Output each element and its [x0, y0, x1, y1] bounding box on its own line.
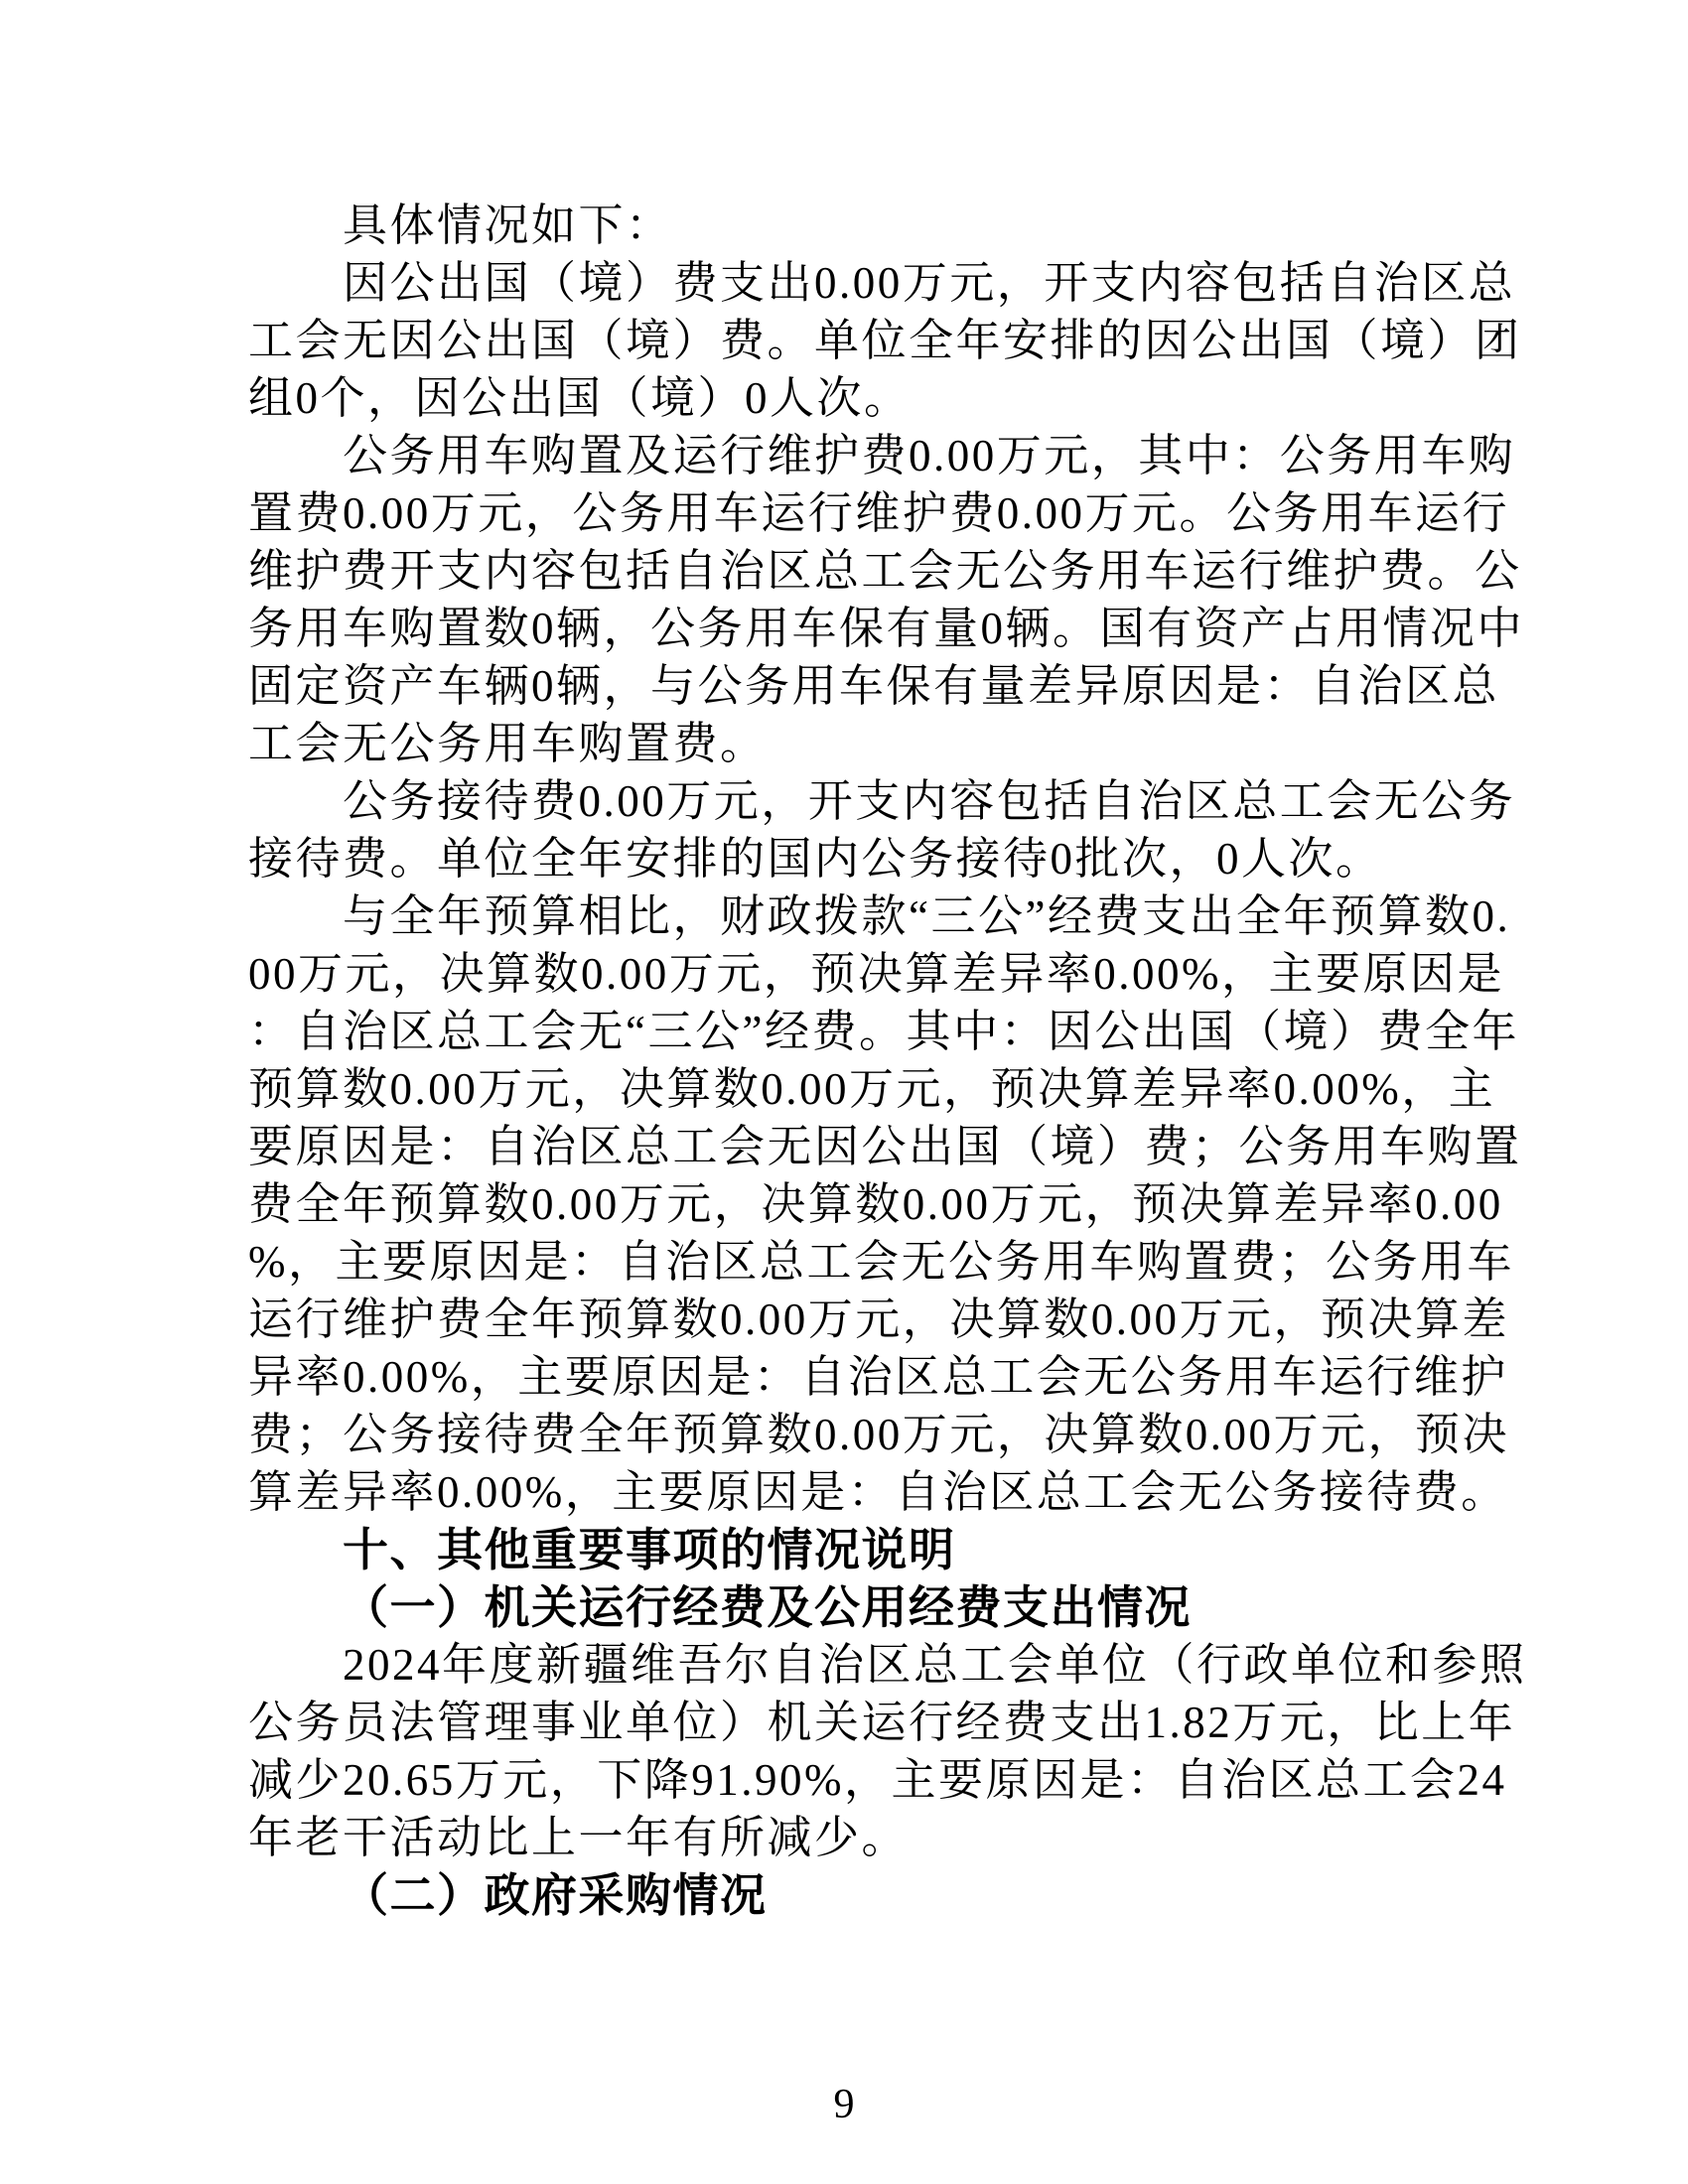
text-line: 预算数0.00万元，决算数0.00万元，预决算差异率0.00%，主: [248, 1060, 1539, 1118]
text-line: 2024年度新疆维吾尔自治区总工会单位（行政单位和参照: [248, 1636, 1539, 1694]
text-line: 年老干活动比上一年有所减少。: [248, 1809, 1539, 1866]
text-line: 因公出国（境）费支出0.00万元，开支内容包括自治区总: [248, 254, 1539, 312]
text-line: 异率0.00%，主要原因是：自治区总工会无公务用车运行维护: [248, 1348, 1539, 1406]
text-line: 固定资产车辆0辆，与公务用车保有量差异原因是：自治区总: [248, 657, 1539, 715]
text-line: 与全年预算相比，财政拨款“三公”经费支出全年预算数0.: [248, 887, 1539, 945]
text-line: 公务用车购置及运行维护费0.00万元，其中：公务用车购: [248, 427, 1539, 484]
text-line: 组0个，因公出国（境）0人次。: [248, 369, 1539, 427]
text-line: 运行维护费全年预算数0.00万元，决算数0.00万元，预决算差: [248, 1291, 1539, 1348]
document-body: 具体情况如下：因公出国（境）费支出0.00万元，开支内容包括自治区总工会无因公出…: [248, 197, 1539, 1924]
text-line: 务用车购置数0辆，公务用车保有量0辆。国有资产占用情况中: [248, 600, 1539, 657]
text-line: 置费0.00万元，公务用车运行维护费0.00万元。公务用车运行: [248, 484, 1539, 542]
text-line: 维护费开支内容包括自治区总工会无公务用车运行维护费。公: [248, 542, 1539, 600]
text-line: 00万元，决算数0.00万元，预决算差异率0.00%，主要原因是: [248, 945, 1539, 1003]
text-line: 公务员法管理事业单位）机关运行经费支出1.82万元，比上年: [248, 1694, 1539, 1751]
text-line: ：自治区总工会无“三公”经费。其中：因公出国（境）费全年: [248, 1003, 1539, 1060]
heading-line: （一）机关运行经费及公用经费支出情况: [248, 1578, 1539, 1636]
heading-line: （二）政府采购情况: [248, 1866, 1539, 1924]
text-line: 具体情况如下：: [248, 197, 1539, 254]
text-line: 费全年预算数0.00万元，决算数0.00万元，预决算差异率0.00: [248, 1175, 1539, 1233]
text-line: 工会无公务用车购置费。: [248, 715, 1539, 772]
text-line: 减少20.65万元，下降91.90%，主要原因是：自治区总工会24: [248, 1751, 1539, 1809]
text-line: 公务接待费0.00万元，开支内容包括自治区总工会无公务: [248, 772, 1539, 830]
page-number: 9: [0, 2081, 1688, 2128]
text-line: 费；公务接待费全年预算数0.00万元，决算数0.00万元，预决: [248, 1406, 1539, 1463]
document-page: 具体情况如下：因公出国（境）费支出0.00万元，开支内容包括自治区总工会无因公出…: [0, 0, 1688, 2184]
text-line: 要原因是：自治区总工会无因公出国（境）费；公务用车购置: [248, 1118, 1539, 1175]
heading-line: 十、其他重要事项的情况说明: [248, 1521, 1539, 1578]
text-line: %，主要原因是：自治区总工会无公务用车购置费；公务用车: [248, 1233, 1539, 1291]
text-line: 工会无因公出国（境）费。单位全年安排的因公出国（境）团: [248, 312, 1539, 369]
text-line: 算差异率0.00%，主要原因是：自治区总工会无公务接待费。: [248, 1463, 1539, 1521]
text-line: 接待费。单位全年安排的国内公务接待0批次，0人次。: [248, 830, 1539, 887]
